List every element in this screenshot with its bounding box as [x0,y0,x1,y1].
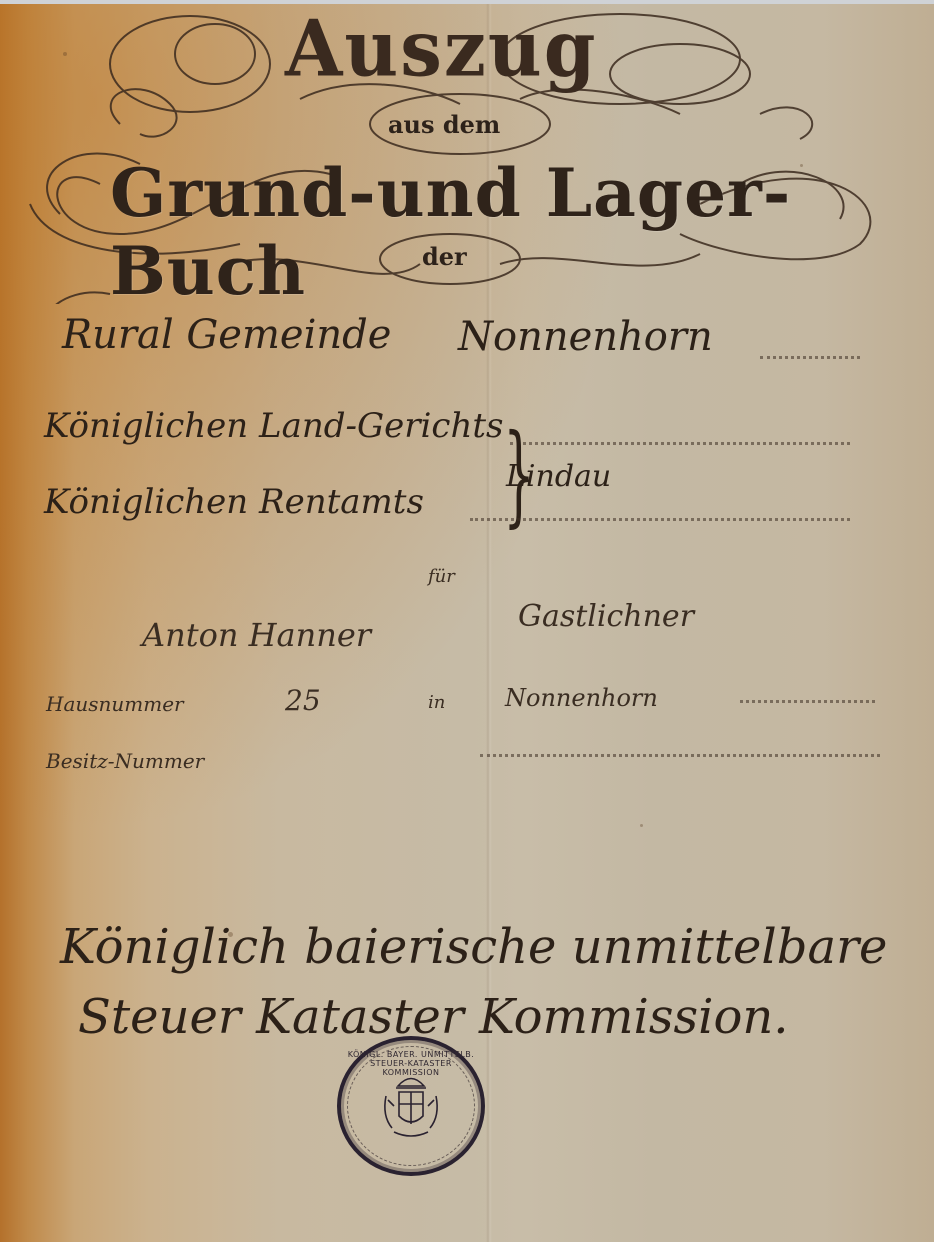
issuer-line-1: Königlich baierische unmittelbare [60,919,887,975]
municipality-dotted-line [760,356,860,359]
possession-number-dotted-line [480,754,880,757]
for-label: für [428,566,455,587]
owner-name: Anton Hanner [142,616,371,654]
paper-speck [640,824,643,827]
court-label: Königlichen Land-Gerichts [44,406,503,446]
owner-occupation: Gastlichner [518,599,694,634]
title-article: der [422,242,467,271]
house-location-prefix: in [428,692,445,713]
seal-inscription-top: KÖNIGL. BAYER. UNMITTELB. STEUER-KATASTE… [341,1050,481,1077]
possession-number-label: Besitz-Nummer [46,749,204,773]
document-title: Auszug [285,4,597,94]
house-number-label: Hausnummer [46,692,184,716]
house-number-value: 25 [285,684,321,717]
office-label: Königlichen Rentamts [44,482,424,522]
official-seal: KÖNIGL. BAYER. UNMITTELB. STEUER-KATASTE… [337,1036,485,1176]
document-page: Auszug aus dem Grund-und Lager-Buch der … [0,0,934,1242]
house-location: Nonnenhorn [505,684,658,712]
district-value: Lindau [506,459,611,494]
house-number-dotted-line [740,700,875,703]
court-dotted-line [510,442,850,445]
office-dotted-line [470,518,850,521]
paper-speck [63,52,67,56]
municipality-label: Rural Gemeinde [62,312,391,358]
document-subtitle: aus dem [388,110,500,139]
municipality-value: Nonnenhorn [458,314,713,360]
register-book-title: Grund-und Lager-Buch [110,154,934,310]
issuer-line-2: Steuer Kataster Kommission. [78,989,789,1045]
